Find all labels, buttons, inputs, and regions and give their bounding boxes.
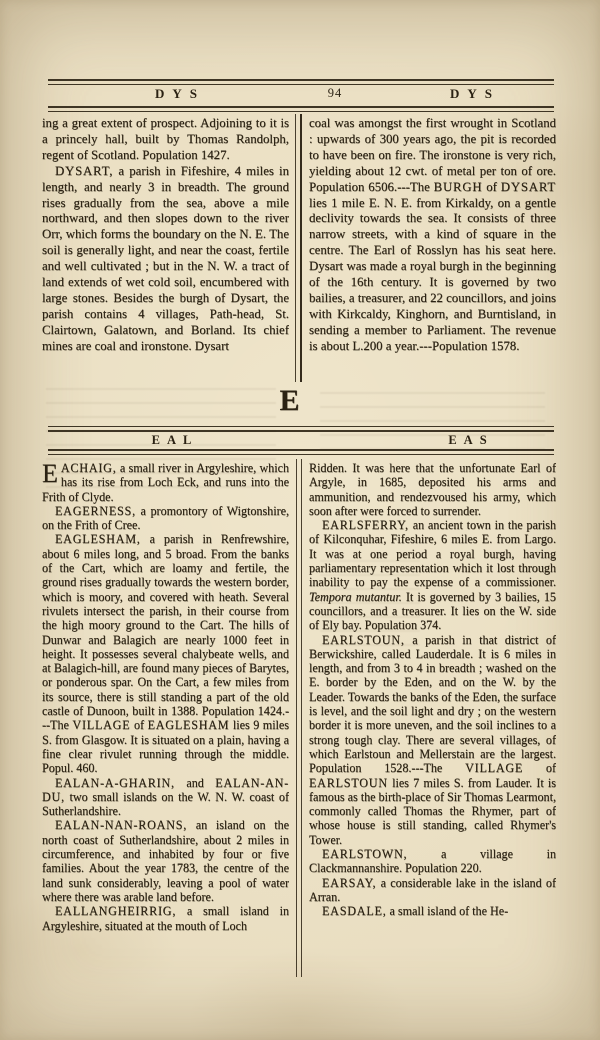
text-segment-caps: BURGH	[434, 180, 483, 194]
text-segment-caps: EAGERNESS,	[55, 504, 136, 518]
text-segment-normal: lies 1 mile E. N. E. from Kirkaldy, on a…	[309, 196, 556, 353]
paragraph: EARLSTOWN, a village in Clackmannanshire…	[309, 847, 556, 876]
text-segment-caps: EALLANGHEIRRIG,	[55, 904, 176, 918]
text-segment-caps: EARLSFERRY,	[322, 518, 409, 532]
paragraph: EAGLESHAM, a parish in Renfrewshire, abo…	[42, 532, 289, 775]
text-segment-caps: EASDALE,	[322, 904, 387, 918]
subheader-bottom-rule	[48, 449, 554, 455]
column-divider-top	[295, 114, 302, 382]
text-segment-caps: EAGLESHAM,	[55, 532, 141, 546]
text-segment-normal: a parish in that district of Berwickshir…	[309, 633, 556, 776]
text-segment-normal: a parish in Renfrewshire, about 6 miles …	[42, 532, 289, 732]
text-segment-normal: and	[175, 776, 215, 790]
book-page: DYS 94 DYS ing a great extent of prospec…	[0, 0, 600, 1040]
running-head: DYS 94 DYS	[0, 86, 600, 104]
text-segment-caps: EARSAY,	[322, 876, 376, 890]
subheader-top-rule	[48, 426, 554, 432]
text-segment-caps: EALAN-A-GHARIN,	[55, 776, 175, 790]
paragraph: EALAN-A-GHARIN, and EALAN-AN-DU, two sma…	[42, 776, 289, 819]
paragraph: EAGERNESS, a promontory of Wigtonshire, …	[42, 504, 289, 533]
text-segment-normal: a parish in Fifeshire, 4 miles in length…	[42, 164, 289, 353]
top-right-column: coal was amongst the first wrought in Sc…	[309, 116, 556, 384]
paragraph: ing a great extent of prospect. Adjoinin…	[42, 116, 289, 164]
drop-cap: E	[42, 461, 61, 485]
top-double-rule	[48, 79, 554, 85]
paragraph: EALAN-NAN-ROANS, an island on the north …	[42, 818, 289, 904]
text-segment-caps: EARLSTOWN,	[322, 847, 407, 861]
running-head-left: DYS	[130, 86, 230, 102]
paragraph: EALLANGHEIRRIG, a small island in Argyle…	[42, 904, 289, 933]
section-letter: E	[0, 384, 590, 418]
text-segment-caps: DYSART	[501, 180, 556, 194]
bottom-left-column: EACHAIG, a small river in Argyleshire, w…	[42, 461, 289, 980]
bottom-right-column: Ridden. It was here that the unfortunate…	[309, 461, 556, 980]
paragraph: EARSAY, a considerable lake in the islan…	[309, 876, 556, 905]
paragraph: coal was amongst the first wrought in Sc…	[309, 116, 556, 355]
text-segment-caps: EALAN-NAN-ROANS,	[55, 818, 187, 832]
text-segment-italic: Tempora mutantur.	[309, 590, 402, 604]
text-segment-normal: of	[130, 718, 147, 732]
text-segment-normal: of	[482, 180, 500, 194]
text-segment-caps: EARLSTOUN	[309, 776, 388, 790]
page-number: 94	[300, 86, 370, 101]
text-segment-caps: VILLAGE	[72, 718, 130, 732]
running-head-right: DYS	[425, 86, 525, 102]
top-left-column: ing a great extent of prospect. Adjoinin…	[42, 116, 289, 384]
text-segment-normal: ing a great extent of prospect. Adjoinin…	[42, 116, 289, 162]
text-segment-normal: of	[523, 761, 556, 775]
paragraph: EASDALE, a small island of the He-	[309, 904, 556, 918]
text-segment-normal: Ridden. It was here that the unfortunate…	[309, 461, 556, 518]
text-segment-caps: DYSART,	[55, 164, 113, 178]
paragraph: Ridden. It was here that the unfortunate…	[309, 461, 556, 518]
text-segment-normal: two small islands on the W. N. W. coast …	[42, 790, 289, 818]
range-header-left: EAL	[125, 433, 225, 448]
text-segment-caps: ACHAIG,	[61, 461, 117, 475]
paragraph: DYSART, a parish in Fifeshire, 4 miles i…	[42, 164, 289, 355]
paragraph: EACHAIG, a small river in Argyleshire, w…	[42, 461, 289, 504]
paragraph: EARLSTOUN, a parish in that district of …	[309, 633, 556, 847]
text-segment-caps: VILLAGE	[465, 761, 523, 775]
text-segment-caps: EARLSTOUN,	[322, 633, 405, 647]
text-segment-normal: a small island of the He-	[387, 904, 509, 918]
column-divider-bottom	[296, 459, 302, 977]
range-header-right: EAS	[421, 433, 521, 448]
head-underline-rule	[48, 106, 554, 112]
section-range-headers: EAL EAS	[0, 433, 600, 449]
paragraph: EARLSFERRY, an ancient town in the paris…	[309, 518, 556, 632]
text-segment-caps: EAGLESHAM	[148, 718, 230, 732]
